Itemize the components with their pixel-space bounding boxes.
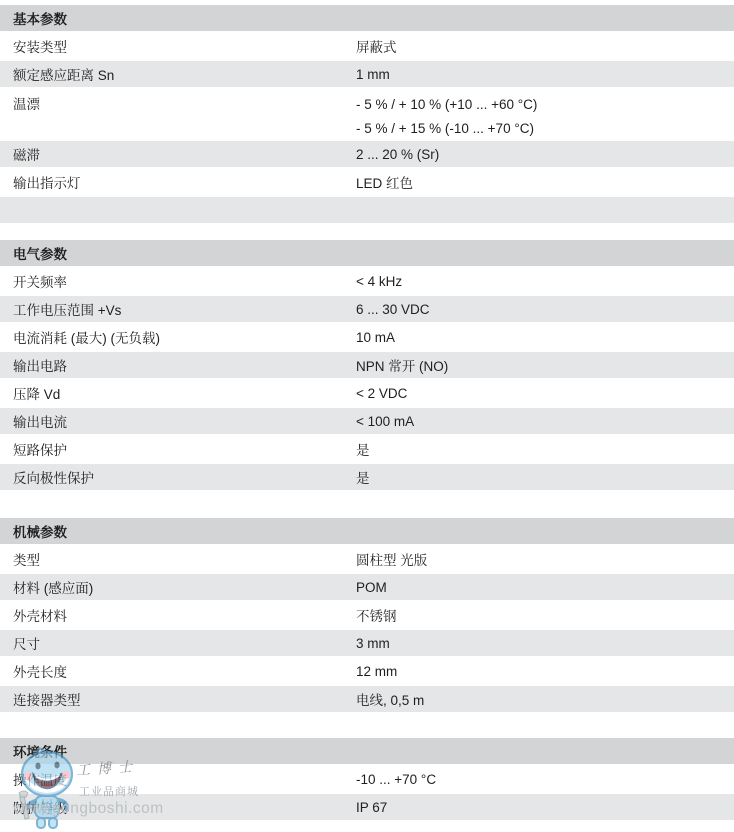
spec-sheet-page: 基本参数安装类型屏蔽式额定感应距离 Sn1 mm温漂- 5 % / + 10 %… [0,0,734,832]
spec-value: 是 [356,467,734,487]
spec-value: IP 67 [356,800,734,815]
spec-row: 防护等级IP 67 [0,794,734,822]
spec-label: 额定感应距离 Sn [0,64,356,84]
section-gap [0,714,734,738]
spec-value: 圆柱型 光版 [356,549,734,569]
spec-label: 工作电压范围 +Vs [0,299,356,319]
spec-value: -10 ... +70 °C [356,772,734,787]
spec-label: 防护等级 [0,797,356,817]
section-title: 机械参数 [0,518,734,546]
spec-row: 外壳材料不锈钢 [0,602,734,630]
spec-label: 操作温度 [0,769,356,789]
spec-label: 压降 Vd [0,383,356,403]
spec-label: 尺寸 [0,633,356,653]
spec-value: 不锈钢 [356,605,734,625]
spec-row: 反向极性保护是 [0,464,734,492]
spec-row: 操作温度-10 ... +70 °C [0,766,734,794]
spec-row: 工作电压范围 +Vs6 ... 30 VDC [0,296,734,324]
spec-label: 外壳材料 [0,605,356,625]
spec-label: 磁滞 [0,144,356,164]
spec-row: 温漂- 5 % / + 10 % (+10 ... +60 °C)- 5 % /… [0,89,734,141]
spec-label: 反向极性保护 [0,467,356,487]
spec-row: 电流消耗 (最大) (无负载)10 mA [0,324,734,352]
spec-value: 6 ... 30 VDC [356,302,734,317]
spec-value: 10 mA [356,330,734,345]
section-2: 电气参数开关频率< 4 kHz工作电压范围 +Vs6 ... 30 VDC电流消… [0,240,734,492]
spec-label: 材料 (感应面) [0,577,356,597]
spec-row: 输出指示灯LED 红色 [0,169,734,197]
spec-row [0,197,734,225]
spec-row: 安装类型屏蔽式 [0,33,734,61]
spec-value: LED 红色 [356,172,734,192]
spec-row: 材料 (感应面)POM [0,574,734,602]
section-title: 基本参数 [0,5,734,33]
spec-label: 类型 [0,549,356,569]
spec-value: - 5 % / + 10 % (+10 ... +60 °C)- 5 % / +… [356,91,734,141]
spec-label: 输出电流 [0,411,356,431]
spec-value: 是 [356,439,734,459]
section-gap [0,225,734,240]
spec-value: 2 ... 20 % (Sr) [356,147,734,162]
spec-label: 外壳长度 [0,661,356,681]
section-title: 环境条件 [0,738,734,766]
spec-value: < 100 mA [356,414,734,429]
spec-label: 输出指示灯 [0,172,356,192]
spec-value: < 4 kHz [356,274,734,289]
spec-row: 尺寸3 mm [0,630,734,658]
spec-value: NPN 常开 (NO) [356,355,734,375]
spec-row: 额定感应距离 Sn1 mm [0,61,734,89]
section-gap [0,492,734,518]
spec-value: 1 mm [356,67,734,82]
spec-value: < 2 VDC [356,386,734,401]
spec-label: 安装类型 [0,36,356,56]
spec-label: 温漂 [0,91,356,117]
spec-row: 类型圆柱型 光版 [0,546,734,574]
section-3: 机械参数类型圆柱型 光版材料 (感应面)POM外壳材料不锈钢尺寸3 mm外壳长度… [0,518,734,714]
spec-table: 基本参数安装类型屏蔽式额定感应距离 Sn1 mm温漂- 5 % / + 10 %… [0,5,734,822]
spec-value: 3 mm [356,636,734,651]
section-title: 电气参数 [0,240,734,268]
spec-row: 短路保护是 [0,436,734,464]
spec-row: 磁滞2 ... 20 % (Sr) [0,141,734,169]
spec-label: 电流消耗 (最大) (无负载) [0,327,356,347]
spec-value: POM [356,580,734,595]
section-4: 环境条件操作温度-10 ... +70 °C防护等级IP 67 [0,738,734,822]
spec-label: 输出电路 [0,355,356,375]
spec-label: 连接器类型 [0,689,356,709]
spec-row: 输出电路NPN 常开 (NO) [0,352,734,380]
spec-row: 输出电流< 100 mA [0,408,734,436]
spec-row: 开关频率< 4 kHz [0,268,734,296]
spec-value: 屏蔽式 [356,36,734,56]
section-1: 基本参数安装类型屏蔽式额定感应距离 Sn1 mm温漂- 5 % / + 10 %… [0,5,734,225]
spec-value: 电线, 0,5 m [356,689,734,709]
spec-value: 12 mm [356,664,734,679]
spec-label: 短路保护 [0,439,356,459]
spec-row: 外壳长度12 mm [0,658,734,686]
spec-row: 连接器类型电线, 0,5 m [0,686,734,714]
spec-label: 开关频率 [0,271,356,291]
spec-row: 压降 Vd< 2 VDC [0,380,734,408]
